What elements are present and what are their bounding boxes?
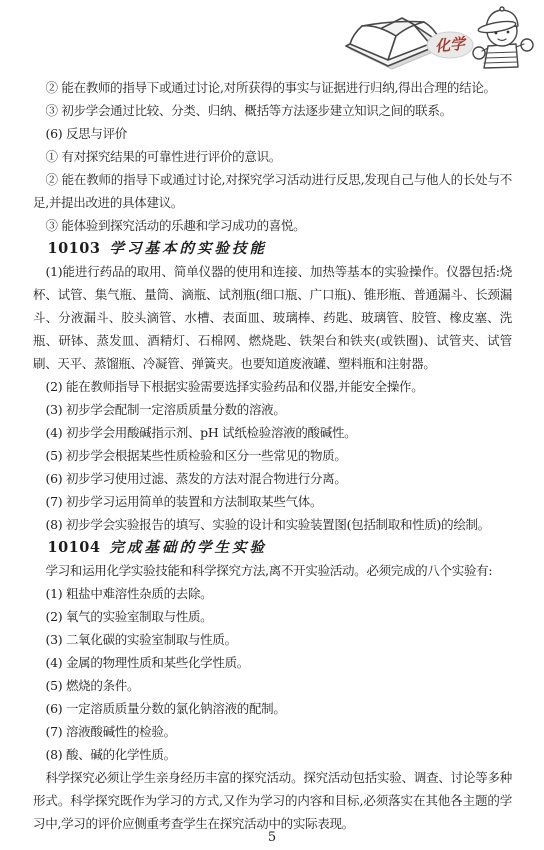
document-body: ② 能在教师的指导下或通过讨论,对所获得的事实与证据进行归纳,得出合理的结论。③… (33, 76, 512, 835)
paragraph: (2) 能在教师指导下根据实验需要选择实验药品和仪器,并能安全操作。 (33, 375, 512, 398)
header-decoration: 化学 (330, 0, 542, 72)
section-heading: 10104完成基础的学生实验 (33, 536, 512, 559)
paragraph: ② 能在教师的指导下或通过讨论,对所获得的事实与证据进行归纳,得出合理的结论。 (33, 76, 512, 99)
paragraph: (6) 一定溶质质量分数的氯化钠溶液的配制。 (33, 697, 512, 720)
section-heading: 10103学习基本的实验技能 (33, 237, 512, 260)
paragraph: ③ 能体验到探究活动的乐趣和学习成功的喜悦。 (33, 214, 512, 237)
paragraph: (1)能进行药品的取用、简单仪器的使用和连接、加热等基本的实验操作。仪器包括:烧… (33, 260, 512, 375)
paragraph: (6) 反思与评价 (33, 122, 512, 145)
paragraph: (6) 初步学习使用过滤、蒸发的方法对混合物进行分离。 (33, 467, 512, 490)
paragraph: 学习和运用化学实验技能和科学探究方法,离不开实验活动。必须完成的八个实验有: (33, 559, 512, 582)
paragraph: ② 能在教师的指导下或通过讨论,对探究学习活动进行反思,发现自己与他人的长处与不… (33, 168, 512, 214)
paragraph: ① 有对探究结果的可靠性进行评价的意识。 (33, 145, 512, 168)
paragraph: (2) 氧气的实验室制取与性质。 (33, 605, 512, 628)
paragraph: (8) 酸、碱的化学性质。 (33, 743, 512, 766)
paragraph: 科学探究必须让学生亲身经历丰富的探究活动。探究活动包括实验、调查、讨论等多种形式… (33, 766, 512, 835)
paragraph: ③ 初步学会通过比较、分类、归纳、概括等方法逐步建立知识之间的联系。 (33, 99, 512, 122)
paragraph: (5) 燃烧的条件。 (33, 674, 512, 697)
section-number: 10104 (48, 539, 101, 556)
paragraph: (7) 初步学习运用简单的装置和方法制取某些气体。 (33, 490, 512, 513)
chemistry-badge: 化学 (427, 32, 473, 58)
paragraph: (3) 二氧化碳的实验室制取与性质。 (33, 628, 512, 651)
paragraph: (8) 初步学会实验报告的填写、实验的设计和实验装置图(包括制取和性质)的绘制。 (33, 513, 512, 536)
document-page: 化学 ② 能在教师的指导下或通过讨论,对所获得的事实与证据进行归纳,得出合理的结… (0, 0, 544, 850)
section-number: 10103 (48, 240, 101, 257)
cartoon-boy-icon (473, 7, 533, 68)
paragraph: (4) 金属的物理性质和某些化学性质。 (33, 651, 512, 674)
paragraph: (3) 初步学会配制一定溶质质量分数的溶液。 (33, 398, 512, 421)
paragraph: (7) 溶液酸碱性的检验。 (33, 720, 512, 743)
paragraph: (5) 初步学会根据某些性质检验和区分一些常见的物质。 (33, 444, 512, 467)
section-title: 学习基本的实验技能 (109, 240, 267, 257)
page-number: 5 (0, 830, 544, 845)
badge-label: 化学 (434, 34, 469, 55)
section-title: 完成基础的学生实验 (109, 539, 267, 556)
paragraph: (4) 初步学会用酸碱指示剂、pH 试纸检验溶液的酸碱性。 (33, 421, 512, 444)
paragraph: (1) 粗盐中难溶性杂质的去除。 (33, 582, 512, 605)
